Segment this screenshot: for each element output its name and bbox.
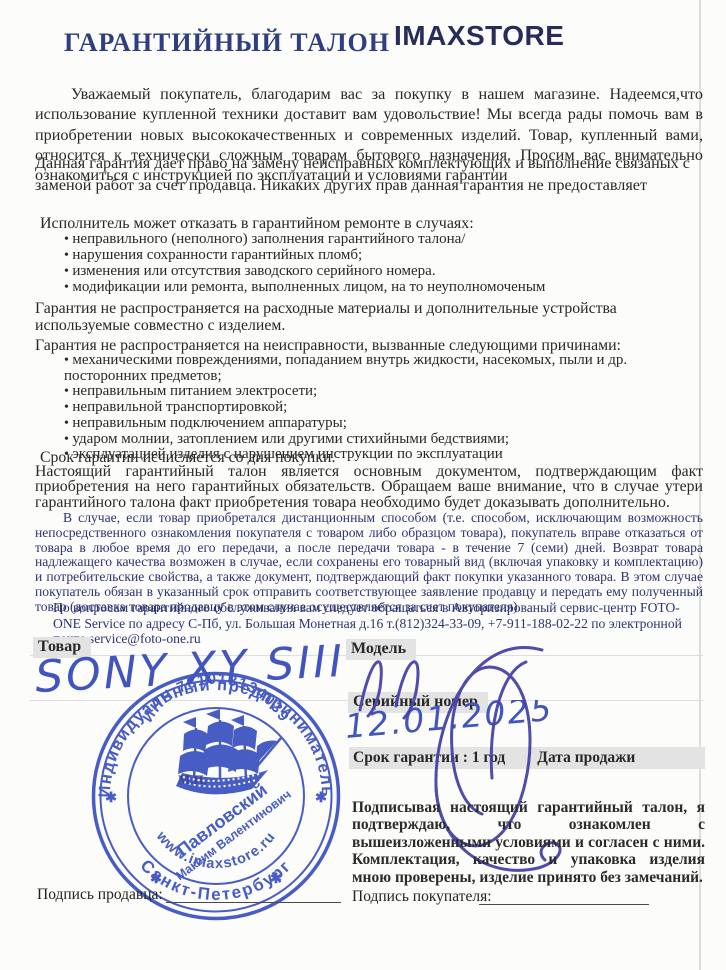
intro-paragraph-2: Данная гарантия дает право на замену неи…	[35, 153, 697, 196]
buyer-confirmation-text: Подписывая настоящий гарантийный талон, …	[352, 799, 705, 886]
seller-signature-line	[166, 902, 341, 903]
warranty-document-text: Настоящий гарантийный талон является осн…	[35, 464, 703, 510]
refusal-list: неправильного (неполного) заполнения гар…	[62, 232, 662, 296]
page-title: ГАРАНТИЙНЫЙ ТАЛОН	[64, 28, 390, 58]
seller-signature-label: Подпись продавца:	[37, 886, 163, 904]
stamp-asterisk-icon: ✱	[315, 789, 327, 805]
not-covered-paragraph: Гарантия не распространяется на расходны…	[35, 300, 665, 334]
list-item: изменения или отсутствия заводского сери…	[62, 264, 662, 280]
stamp-asterisk-icon: ✱	[150, 870, 162, 886]
list-item: неправильным питанием электросети;	[62, 384, 662, 400]
warranty-card-page: ГАРАНТИЙНЫЙ ТАЛОН IMAXSTORE Уважаемый по…	[0, 0, 726, 970]
not-covered-list: механическими повреждениями, попаданием …	[62, 353, 662, 463]
stamp-asterisk-icon: ✱	[270, 870, 282, 886]
stamp-asterisk-icon: ✱	[105, 789, 117, 805]
list-item: неправильного (неполного) заполнения гар…	[62, 232, 662, 248]
list-item: механическими повреждениями, попаданием …	[62, 353, 662, 384]
list-item: модификации или ремонта, выполненных лиц…	[62, 280, 662, 296]
buyer-signature-line	[479, 904, 649, 905]
list-item: неправильной транспортировкой;	[62, 400, 662, 416]
brand-logo: IMAXSTORE	[394, 20, 564, 52]
list-item: нарушения сохранности гарантийных пломб;	[62, 248, 662, 264]
list-item: неправильным подключением аппаратуры;	[62, 416, 662, 432]
list-item: ударом молнии, затоплением или другими с…	[62, 432, 662, 448]
stamp-mp-text: М.П.	[178, 772, 207, 787]
buyer-signature-label: Подпись покупателя:	[352, 888, 492, 906]
product-handwriting: SONY XY SIII	[28, 640, 368, 718]
product-value-text: SONY XY SIII	[34, 640, 346, 703]
